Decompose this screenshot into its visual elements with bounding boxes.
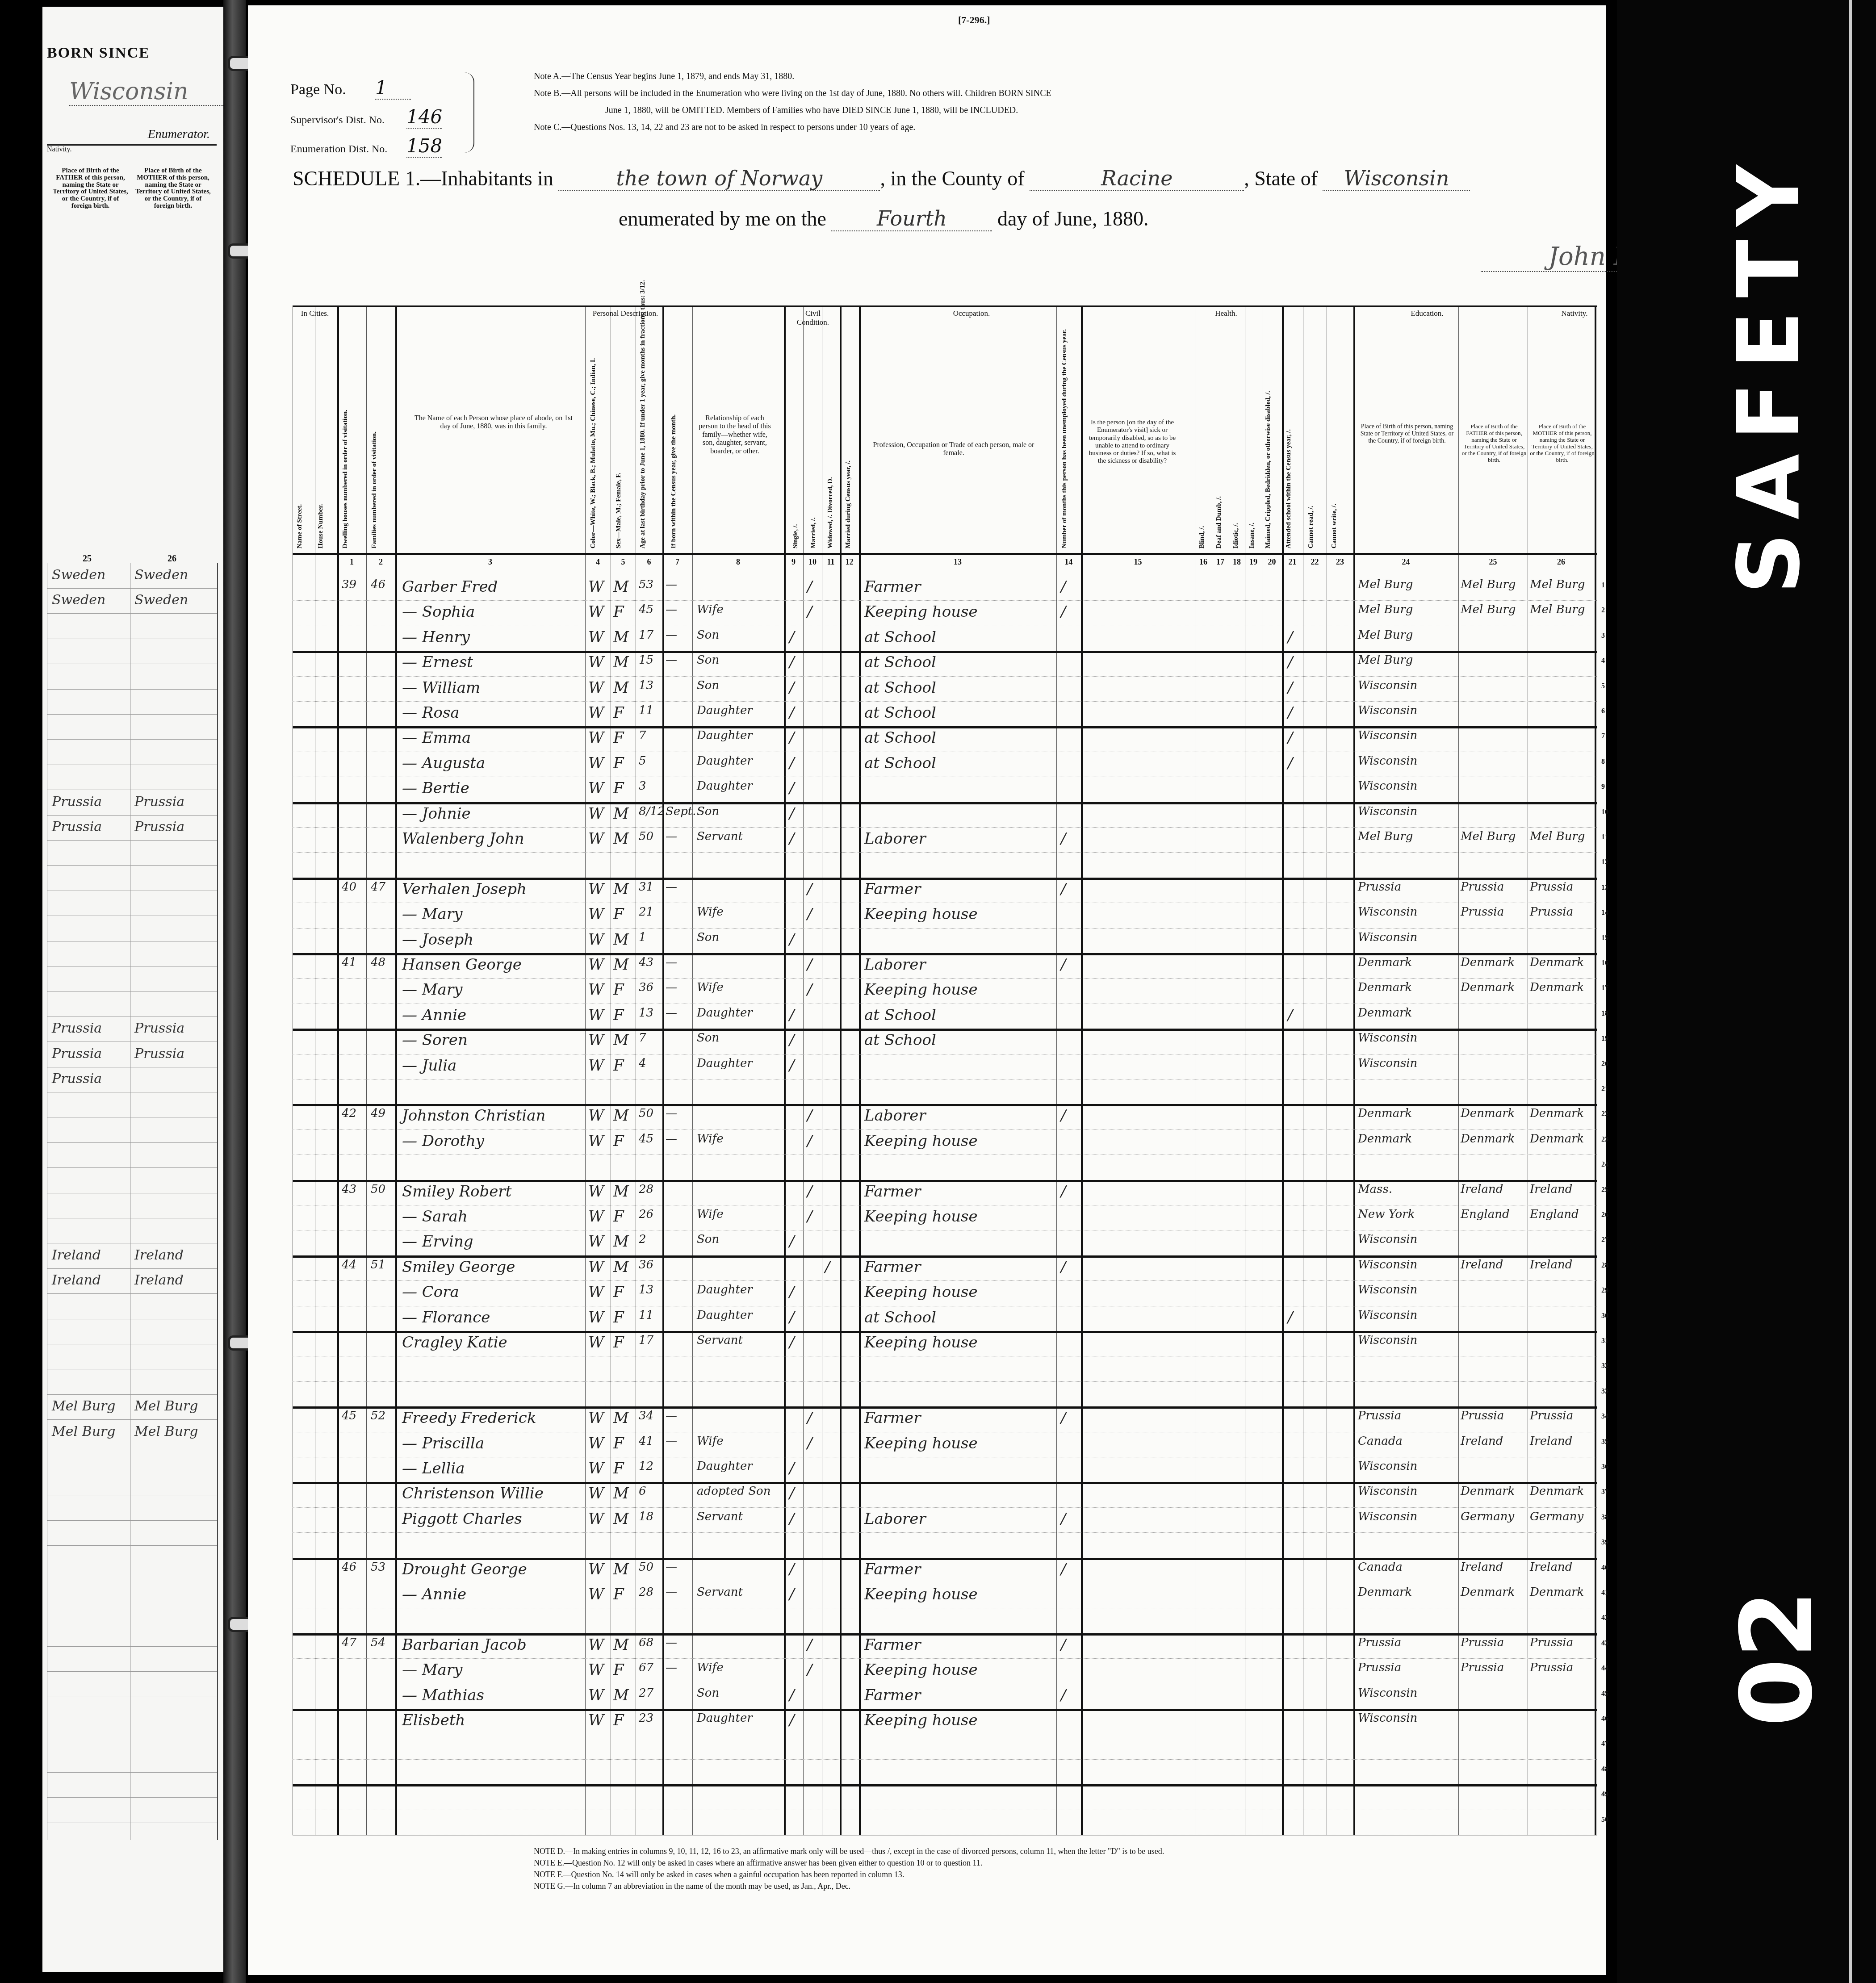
- color-code: W: [588, 1409, 604, 1427]
- occupation: Keeping house: [864, 1334, 978, 1351]
- left-father-birthplace: Ireland: [52, 1272, 101, 1288]
- person-name: Hansen George: [402, 956, 522, 974]
- note-b-line2: June 1, 1880, will be OMITTED. Members o…: [534, 102, 1740, 119]
- line-number: 40: [1601, 1564, 1608, 1572]
- left-page-row: [47, 1343, 217, 1369]
- group-occupation: Occupation.: [860, 309, 1083, 318]
- sex-code: F: [613, 1057, 624, 1075]
- single-mark: /: [789, 1510, 794, 1528]
- header-c4: Color—White, W.; Black, B.; Mulatto, Mu.…: [590, 347, 597, 548]
- age: 3: [639, 779, 646, 793]
- unemployed-mark: /: [1061, 1560, 1066, 1578]
- sex-code: F: [613, 603, 624, 621]
- column-number: 20: [1262, 557, 1282, 567]
- left-page-row: [47, 916, 217, 941]
- birth-month: —: [666, 1661, 677, 1674]
- left-page-row: PrussiaPrussia: [47, 790, 217, 816]
- father-birthplace: Prussia: [1461, 880, 1504, 894]
- line-number: 42: [1601, 1614, 1608, 1622]
- state-label: , State of: [1244, 167, 1318, 190]
- row-line: [293, 1583, 1597, 1583]
- line-number: 17: [1601, 984, 1608, 992]
- sex-code: M: [613, 1686, 629, 1704]
- father-birthplace: Denmark: [1461, 1485, 1515, 1498]
- left-page-row: [47, 865, 217, 891]
- sex-code: M: [613, 956, 629, 974]
- line-number: 27: [1601, 1236, 1608, 1244]
- age: 67: [639, 1661, 653, 1674]
- occupation: Farmer: [864, 578, 921, 596]
- sex-code: F: [613, 779, 624, 797]
- birth-month: —: [666, 603, 677, 616]
- single-mark: /: [789, 653, 794, 671]
- school-mark: /: [1288, 1006, 1293, 1024]
- dwelling-number: 39: [342, 578, 356, 591]
- single-mark: /: [789, 779, 794, 797]
- age: 45: [639, 603, 653, 616]
- sex-code: F: [613, 1208, 624, 1226]
- father-birthplace: Denmark: [1461, 1132, 1515, 1146]
- person-name: — Mary: [402, 1661, 462, 1679]
- column-divider: [1303, 307, 1303, 1835]
- birthplace: Denmark: [1358, 956, 1412, 969]
- header-c24: Place of Birth of this person, naming St…: [1358, 423, 1456, 445]
- age: 36: [639, 981, 653, 994]
- row-line: [293, 978, 1597, 979]
- birth-month: —: [666, 981, 677, 994]
- color-code: W: [588, 1107, 604, 1125]
- father-birthplace: Mel Burg: [1461, 578, 1516, 591]
- school-mark: /: [1288, 679, 1293, 697]
- married-mark: /: [807, 603, 812, 621]
- age: 5: [639, 754, 646, 768]
- birth-month: —: [666, 1107, 677, 1120]
- father-birthplace: Denmark: [1461, 956, 1515, 969]
- row-line: [293, 1532, 1597, 1533]
- line-number: 23: [1601, 1136, 1608, 1144]
- left-page-row: [47, 1595, 217, 1621]
- left-page-row: [47, 1671, 217, 1697]
- line-number: 4: [1601, 657, 1605, 665]
- relationship: Wife: [697, 1661, 724, 1674]
- school-mark: /: [1288, 754, 1293, 772]
- left-mother-birthplace: Sweden: [134, 592, 188, 608]
- birthplace: Mel Burg: [1358, 578, 1413, 591]
- single-mark: /: [789, 1560, 794, 1578]
- line-number: 41: [1601, 1589, 1608, 1597]
- sex-code: F: [613, 1435, 624, 1452]
- person-name: — Bertie: [402, 779, 469, 797]
- unemployed-mark: /: [1061, 1409, 1066, 1427]
- line-number: 13: [1601, 884, 1608, 892]
- column-number: 24: [1353, 557, 1458, 567]
- left-page-row: PrussiaPrussia: [47, 815, 217, 841]
- line-number: 49: [1601, 1791, 1608, 1799]
- father-birthplace: England: [1461, 1208, 1510, 1221]
- row-line: [293, 827, 1597, 828]
- birthplace: Wisconsin: [1358, 1334, 1417, 1347]
- line-number: 7: [1601, 732, 1605, 740]
- single-mark: /: [789, 1334, 794, 1351]
- occupation: Keeping house: [864, 981, 978, 999]
- family-number: 49: [371, 1107, 385, 1120]
- relationship: Wife: [697, 603, 724, 616]
- row-line: [293, 1608, 1597, 1608]
- line-number: 31: [1601, 1337, 1608, 1345]
- line-number: 9: [1601, 783, 1605, 791]
- school-mark: /: [1288, 1309, 1293, 1326]
- relationship: Wife: [697, 1132, 724, 1146]
- occupation: Keeping house: [864, 1711, 978, 1729]
- row-line: [293, 1482, 1597, 1484]
- occupation: Farmer: [864, 1183, 921, 1201]
- married-mark: /: [807, 1636, 812, 1654]
- color-code: W: [588, 729, 604, 747]
- person-name: — Rosa: [402, 704, 460, 722]
- dwelling-number: 44: [342, 1258, 356, 1272]
- sex-code: F: [613, 1006, 624, 1024]
- age: 12: [639, 1460, 653, 1473]
- sex-code: F: [613, 1661, 624, 1679]
- left-page-row: [47, 1217, 217, 1243]
- person-name: Cragley Katie: [402, 1334, 507, 1351]
- column-divider: [1229, 307, 1229, 1835]
- line-number: 19: [1601, 1035, 1608, 1043]
- person-name: Drought George: [402, 1560, 527, 1578]
- color-code: W: [588, 1711, 604, 1729]
- left-page-born-since: BORN SINCE: [47, 45, 150, 62]
- person-name: — Mathias: [402, 1686, 484, 1704]
- schedule-title: SCHEDULE 1.—Inhabitants in the town of N…: [293, 166, 1470, 191]
- header-c26: Place of Birth of the MOTHER of this per…: [1530, 423, 1595, 464]
- left-page-col25-header: Place of Birth of the FATHER of this per…: [51, 167, 130, 210]
- unemployed-mark: /: [1061, 603, 1066, 621]
- sex-code: M: [613, 1636, 629, 1654]
- sex-code: M: [613, 1485, 629, 1502]
- single-mark: /: [789, 1283, 794, 1301]
- color-code: W: [588, 931, 604, 949]
- column-number: 1: [337, 557, 366, 567]
- color-code: W: [588, 1132, 604, 1150]
- birthplace: Denmark: [1358, 1586, 1412, 1599]
- birthplace: Wisconsin: [1358, 805, 1417, 818]
- left-page-row: [47, 1369, 217, 1395]
- color-code: W: [588, 981, 604, 999]
- age: 6: [639, 1485, 646, 1498]
- birthplace: Wisconsin: [1358, 1258, 1417, 1272]
- family-number: 54: [371, 1636, 385, 1649]
- single-mark: /: [789, 1686, 794, 1704]
- line-number: 25: [1601, 1186, 1608, 1194]
- header-c21: Attended school within the Census year, …: [1285, 347, 1293, 548]
- sex-code: M: [613, 1183, 629, 1201]
- column-divider: [1056, 307, 1057, 1835]
- birth-month: —: [666, 628, 677, 642]
- person-name: — Annie: [402, 1006, 466, 1024]
- left-page-row: [47, 1747, 217, 1773]
- birth-month: —: [666, 1586, 677, 1599]
- row-line: [293, 1658, 1597, 1659]
- line-number: 21: [1601, 1085, 1608, 1093]
- married-mark: /: [807, 1107, 812, 1125]
- left-page-row: [47, 1318, 217, 1344]
- column-divider: [395, 307, 397, 1835]
- birthplace: Wisconsin: [1358, 704, 1417, 717]
- occupation: Keeping house: [864, 1283, 978, 1301]
- row-line: [293, 1079, 1597, 1079]
- occupation: Laborer: [864, 1510, 926, 1528]
- column-number: 21: [1282, 557, 1303, 567]
- family-number: 48: [371, 956, 385, 969]
- occupation: at School: [864, 628, 936, 646]
- color-code: W: [588, 1510, 604, 1528]
- occupation: Laborer: [864, 830, 926, 848]
- mother-birthplace: Prussia: [1530, 905, 1573, 919]
- row-line: [293, 1306, 1597, 1306]
- sex-code: M: [613, 1560, 629, 1578]
- dwelling-number: 46: [342, 1560, 356, 1574]
- birthplace: Wisconsin: [1358, 1057, 1417, 1070]
- person-name: — Lellia: [402, 1460, 465, 1477]
- column-number: 10: [803, 557, 822, 567]
- column-divider: [784, 307, 786, 1835]
- age: 43: [639, 956, 653, 969]
- column-divider: [859, 307, 861, 1835]
- column-divider: [840, 307, 842, 1835]
- left-mother-birthplace: Mel Burg: [134, 1398, 198, 1414]
- occupation: Farmer: [864, 1560, 921, 1578]
- header-c19: Insane, /.: [1248, 441, 1256, 548]
- mother-birthplace: Prussia: [1530, 880, 1573, 894]
- left-page-row: [47, 664, 217, 690]
- column-divider: [337, 307, 339, 1835]
- color-code: W: [588, 1560, 604, 1578]
- left-mother-birthplace: Prussia: [134, 1046, 184, 1062]
- header-street: Name of Street.: [296, 406, 304, 548]
- occupation: Keeping house: [864, 603, 978, 621]
- header-c9: Single, /.: [792, 441, 800, 548]
- form-code: [7-296.]: [958, 14, 990, 26]
- age: 34: [639, 1409, 653, 1422]
- group-civil: Civil Condition.: [788, 309, 837, 327]
- left-page-row: IrelandIreland: [47, 1268, 217, 1294]
- left-page-row: [47, 1293, 217, 1319]
- age: 28: [639, 1586, 653, 1599]
- left-page-row: [47, 941, 217, 966]
- unemployed-mark: /: [1061, 1636, 1066, 1654]
- left-page-fragment: BORN SINCE Wisconsin Enumerator. Nativit…: [42, 7, 223, 1972]
- age: 23: [639, 1711, 653, 1725]
- left-father-birthplace: Mel Burg: [52, 1424, 116, 1439]
- left-mother-birthplace: Prussia: [134, 1021, 184, 1036]
- left-page-row: [47, 638, 217, 664]
- relationship: Daughter: [697, 1309, 753, 1322]
- sex-code: F: [613, 1460, 624, 1477]
- occupation: at School: [864, 1006, 936, 1024]
- school-mark: /: [1288, 729, 1293, 747]
- relationship: Son: [697, 679, 719, 692]
- row-line: [293, 1810, 1597, 1810]
- father-birthplace: Denmark: [1461, 981, 1515, 994]
- header-c23: Cannot write, /.: [1331, 441, 1338, 548]
- census-page: [7-296.] C. 305 Page No.1 Supervisor's D…: [248, 5, 1606, 1975]
- row-line: [293, 852, 1597, 853]
- birth-month: —: [666, 653, 677, 667]
- color-code: W: [588, 628, 604, 646]
- row-line: [293, 1406, 1597, 1409]
- line-number: 24: [1601, 1161, 1608, 1169]
- column-number: 15: [1081, 557, 1195, 567]
- color-code: W: [588, 603, 604, 621]
- line-number: 43: [1601, 1640, 1608, 1648]
- page-no-label: Page No.: [290, 81, 375, 98]
- column-divider: [822, 307, 822, 1835]
- left-page-row: Mel BurgMel Burg: [47, 1419, 217, 1445]
- left-mother-birthplace: Sweden: [134, 567, 188, 583]
- person-name: — Florance: [402, 1309, 490, 1326]
- left-page-row: [47, 840, 217, 866]
- schedule-county: Racine: [1030, 166, 1244, 191]
- color-code: W: [588, 1586, 604, 1603]
- header-house: House Number.: [317, 406, 325, 548]
- enumerated-prefix: enumerated by me on the: [619, 207, 826, 230]
- mother-birthplace: Ireland: [1530, 1435, 1572, 1448]
- person-name: — Joseph: [402, 931, 473, 949]
- left-mother-birthplace: Mel Burg: [134, 1424, 198, 1439]
- person-name: Smiley Robert: [402, 1183, 511, 1201]
- father-birthplace: Ireland: [1461, 1258, 1503, 1272]
- color-code: W: [588, 1283, 604, 1301]
- supervisor-dist-value: 146: [406, 106, 442, 129]
- line-number: 20: [1601, 1060, 1608, 1068]
- single-mark: /: [789, 679, 794, 697]
- color-code: W: [588, 1661, 604, 1679]
- sex-code: F: [613, 1711, 624, 1729]
- relationship: Daughter: [697, 754, 753, 768]
- person-name: — Soren: [402, 1031, 468, 1049]
- birthplace: Denmark: [1358, 1107, 1412, 1120]
- mother-birthplace: Mel Burg: [1530, 603, 1585, 616]
- occupation: at School: [864, 704, 936, 722]
- left-page-row: [47, 1570, 217, 1596]
- row-line: [293, 1255, 1597, 1258]
- birthplace: Wisconsin: [1358, 1031, 1417, 1045]
- line-number: 14: [1601, 909, 1608, 917]
- relationship: Wife: [697, 1435, 724, 1448]
- mother-birthplace: Denmark: [1530, 981, 1584, 994]
- birthplace: Mass.: [1358, 1183, 1392, 1196]
- column-number: 6: [636, 557, 662, 567]
- color-code: W: [588, 830, 604, 848]
- relationship: Servant: [697, 1586, 743, 1599]
- person-name: Johnston Christian: [402, 1107, 545, 1125]
- row-line: [293, 903, 1597, 903]
- occupation: Keeping house: [864, 1586, 978, 1603]
- occupation: at School: [864, 1031, 936, 1049]
- left-page-nativity-label: Nativity.: [47, 144, 217, 154]
- row-line: [293, 1784, 1597, 1786]
- birthplace: Mel Burg: [1358, 830, 1413, 843]
- left-father-birthplace: Sweden: [52, 567, 105, 583]
- age: 45: [639, 1132, 653, 1146]
- left-page-row: [47, 1520, 217, 1546]
- left-page-row: [47, 1721, 217, 1747]
- column-number: 2: [366, 557, 395, 567]
- note-b-line1: Note B.—All persons will be included in …: [534, 85, 1740, 102]
- sex-code: M: [613, 628, 629, 646]
- father-birthplace: Prussia: [1461, 1409, 1504, 1422]
- married-mark: /: [807, 1409, 812, 1427]
- left-page-row: [47, 1772, 217, 1798]
- married-mark: /: [807, 1208, 812, 1226]
- birthplace: Wisconsin: [1358, 1711, 1417, 1725]
- left-page-row: [47, 1696, 217, 1722]
- sex-code: F: [613, 981, 624, 999]
- header-c14: Number of months this person has been un…: [1061, 347, 1068, 548]
- column-divider: [662, 307, 664, 1835]
- row-line: [293, 1180, 1597, 1182]
- birthplace: Prussia: [1358, 1636, 1401, 1649]
- relationship: Daughter: [697, 729, 753, 742]
- relationship: Son: [697, 805, 719, 818]
- relationship: Wife: [697, 1208, 724, 1221]
- birth-month: —: [666, 578, 677, 591]
- column-divider: [611, 307, 611, 1835]
- column-number: 23: [1327, 557, 1353, 567]
- occupation: at School: [864, 679, 936, 697]
- line-number: 16: [1601, 959, 1608, 967]
- column-divider: [692, 307, 693, 1835]
- relationship: Daughter: [697, 1006, 753, 1020]
- line-number: 10: [1601, 808, 1608, 816]
- single-mark: /: [789, 1233, 794, 1251]
- column-divider: [803, 307, 804, 1835]
- note-a: Note A.—The Census Year begins June 1, 1…: [534, 68, 1740, 85]
- birth-month: —: [666, 1435, 677, 1448]
- school-mark: /: [1288, 653, 1293, 671]
- age: 50: [639, 1107, 653, 1120]
- person-name: — Emma: [402, 729, 471, 747]
- color-code: W: [588, 956, 604, 974]
- married-mark: /: [807, 1132, 812, 1150]
- birthplace: Wisconsin: [1358, 1686, 1417, 1700]
- mother-birthplace: Mel Burg: [1530, 830, 1585, 843]
- birth-month: —: [666, 1636, 677, 1649]
- line-number: 36: [1601, 1463, 1608, 1471]
- left-father-birthplace: Prussia: [52, 794, 102, 810]
- unemployed-mark: /: [1061, 1686, 1066, 1704]
- color-code: W: [588, 1309, 604, 1326]
- row-line: [293, 1054, 1597, 1054]
- left-mother-birthplace: Prussia: [134, 794, 184, 810]
- left-page-row: [47, 764, 217, 790]
- sex-code: M: [613, 1409, 629, 1427]
- person-name: Christenson Willie: [402, 1485, 544, 1502]
- mother-birthplace: Denmark: [1530, 1107, 1584, 1120]
- header-c20: Maimed, Crippled, Bedridden, or otherwis…: [1265, 347, 1272, 548]
- age: 13: [639, 1283, 653, 1297]
- column-divider: [1195, 307, 1195, 1835]
- family-number: 47: [371, 880, 385, 894]
- reel-marker: 02: [1720, 1590, 1834, 1727]
- occupation: Keeping house: [864, 1435, 978, 1452]
- dwelling-number: 42: [342, 1107, 356, 1120]
- line-number: 26: [1601, 1211, 1608, 1219]
- schedule-place: the town of Norway: [558, 166, 880, 191]
- sex-code: M: [613, 1258, 629, 1276]
- row-line: [293, 626, 1597, 626]
- married-mark: /: [807, 905, 812, 923]
